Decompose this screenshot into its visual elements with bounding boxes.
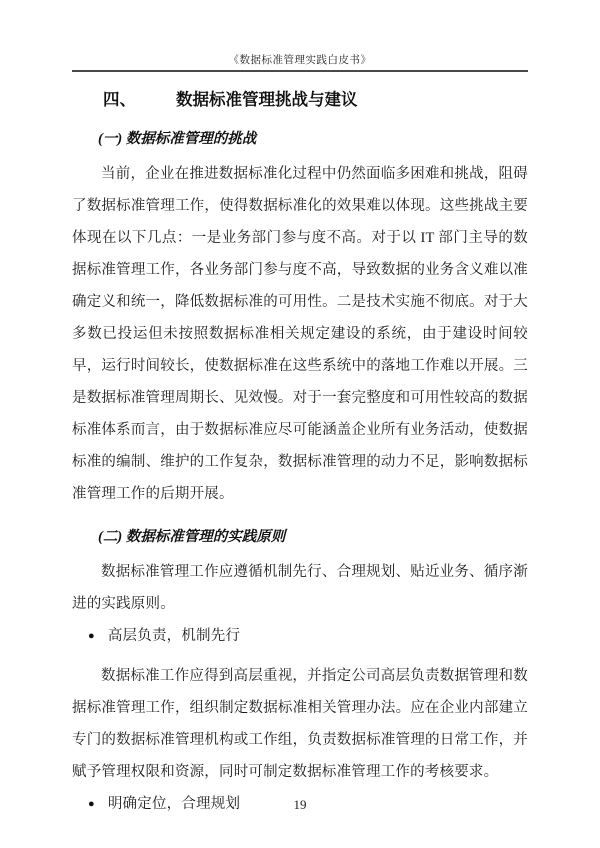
bullet-item-1-paragraph: 数据标准工作应得到高层重视，并指定公司高层负责数据管理和数据标准管理工作，组织制… [72,660,528,788]
page-body: 四、数据标准管理挑战与建议 (一) 数据标准管理的挑战 当前，企业在推进数据标准… [72,74,528,820]
section-2-intro-paragraph: 数据标准管理工作应遵循机制先行、合理规划、贴近业务、循序渐进的实践原则。 [72,556,528,620]
bullet-item-1-label: 高层负责，机制先行 [108,628,240,644]
section-1-heading: (一) 数据标准管理的挑战 [98,128,528,150]
page-footer: 19 [0,796,600,814]
bullet-icon: ● [88,630,95,642]
bullet-item-1: ●高层负责，机制先行 [72,620,528,652]
page-header: 《数据标准管理实践白皮书》 [72,52,528,72]
page-number: 19 [294,797,307,812]
chapter-number: 四、 [103,91,136,109]
chapter-heading: 四、数据标准管理挑战与建议 [103,88,528,112]
document-page: 《数据标准管理实践白皮书》 四、数据标准管理挑战与建议 (一) 数据标准管理的挑… [0,0,600,848]
section-2-heading: (二) 数据标准管理的实践原则 [98,526,528,548]
section-1-paragraph: 当前，企业在推进数据标准化过程中仍然面临多困难和挑战，阻碍了数据标准管理工作，使… [72,158,528,510]
chapter-title: 数据标准管理挑战与建议 [176,91,358,109]
running-header-title: 《数据标准管理实践白皮书》 [72,52,528,67]
